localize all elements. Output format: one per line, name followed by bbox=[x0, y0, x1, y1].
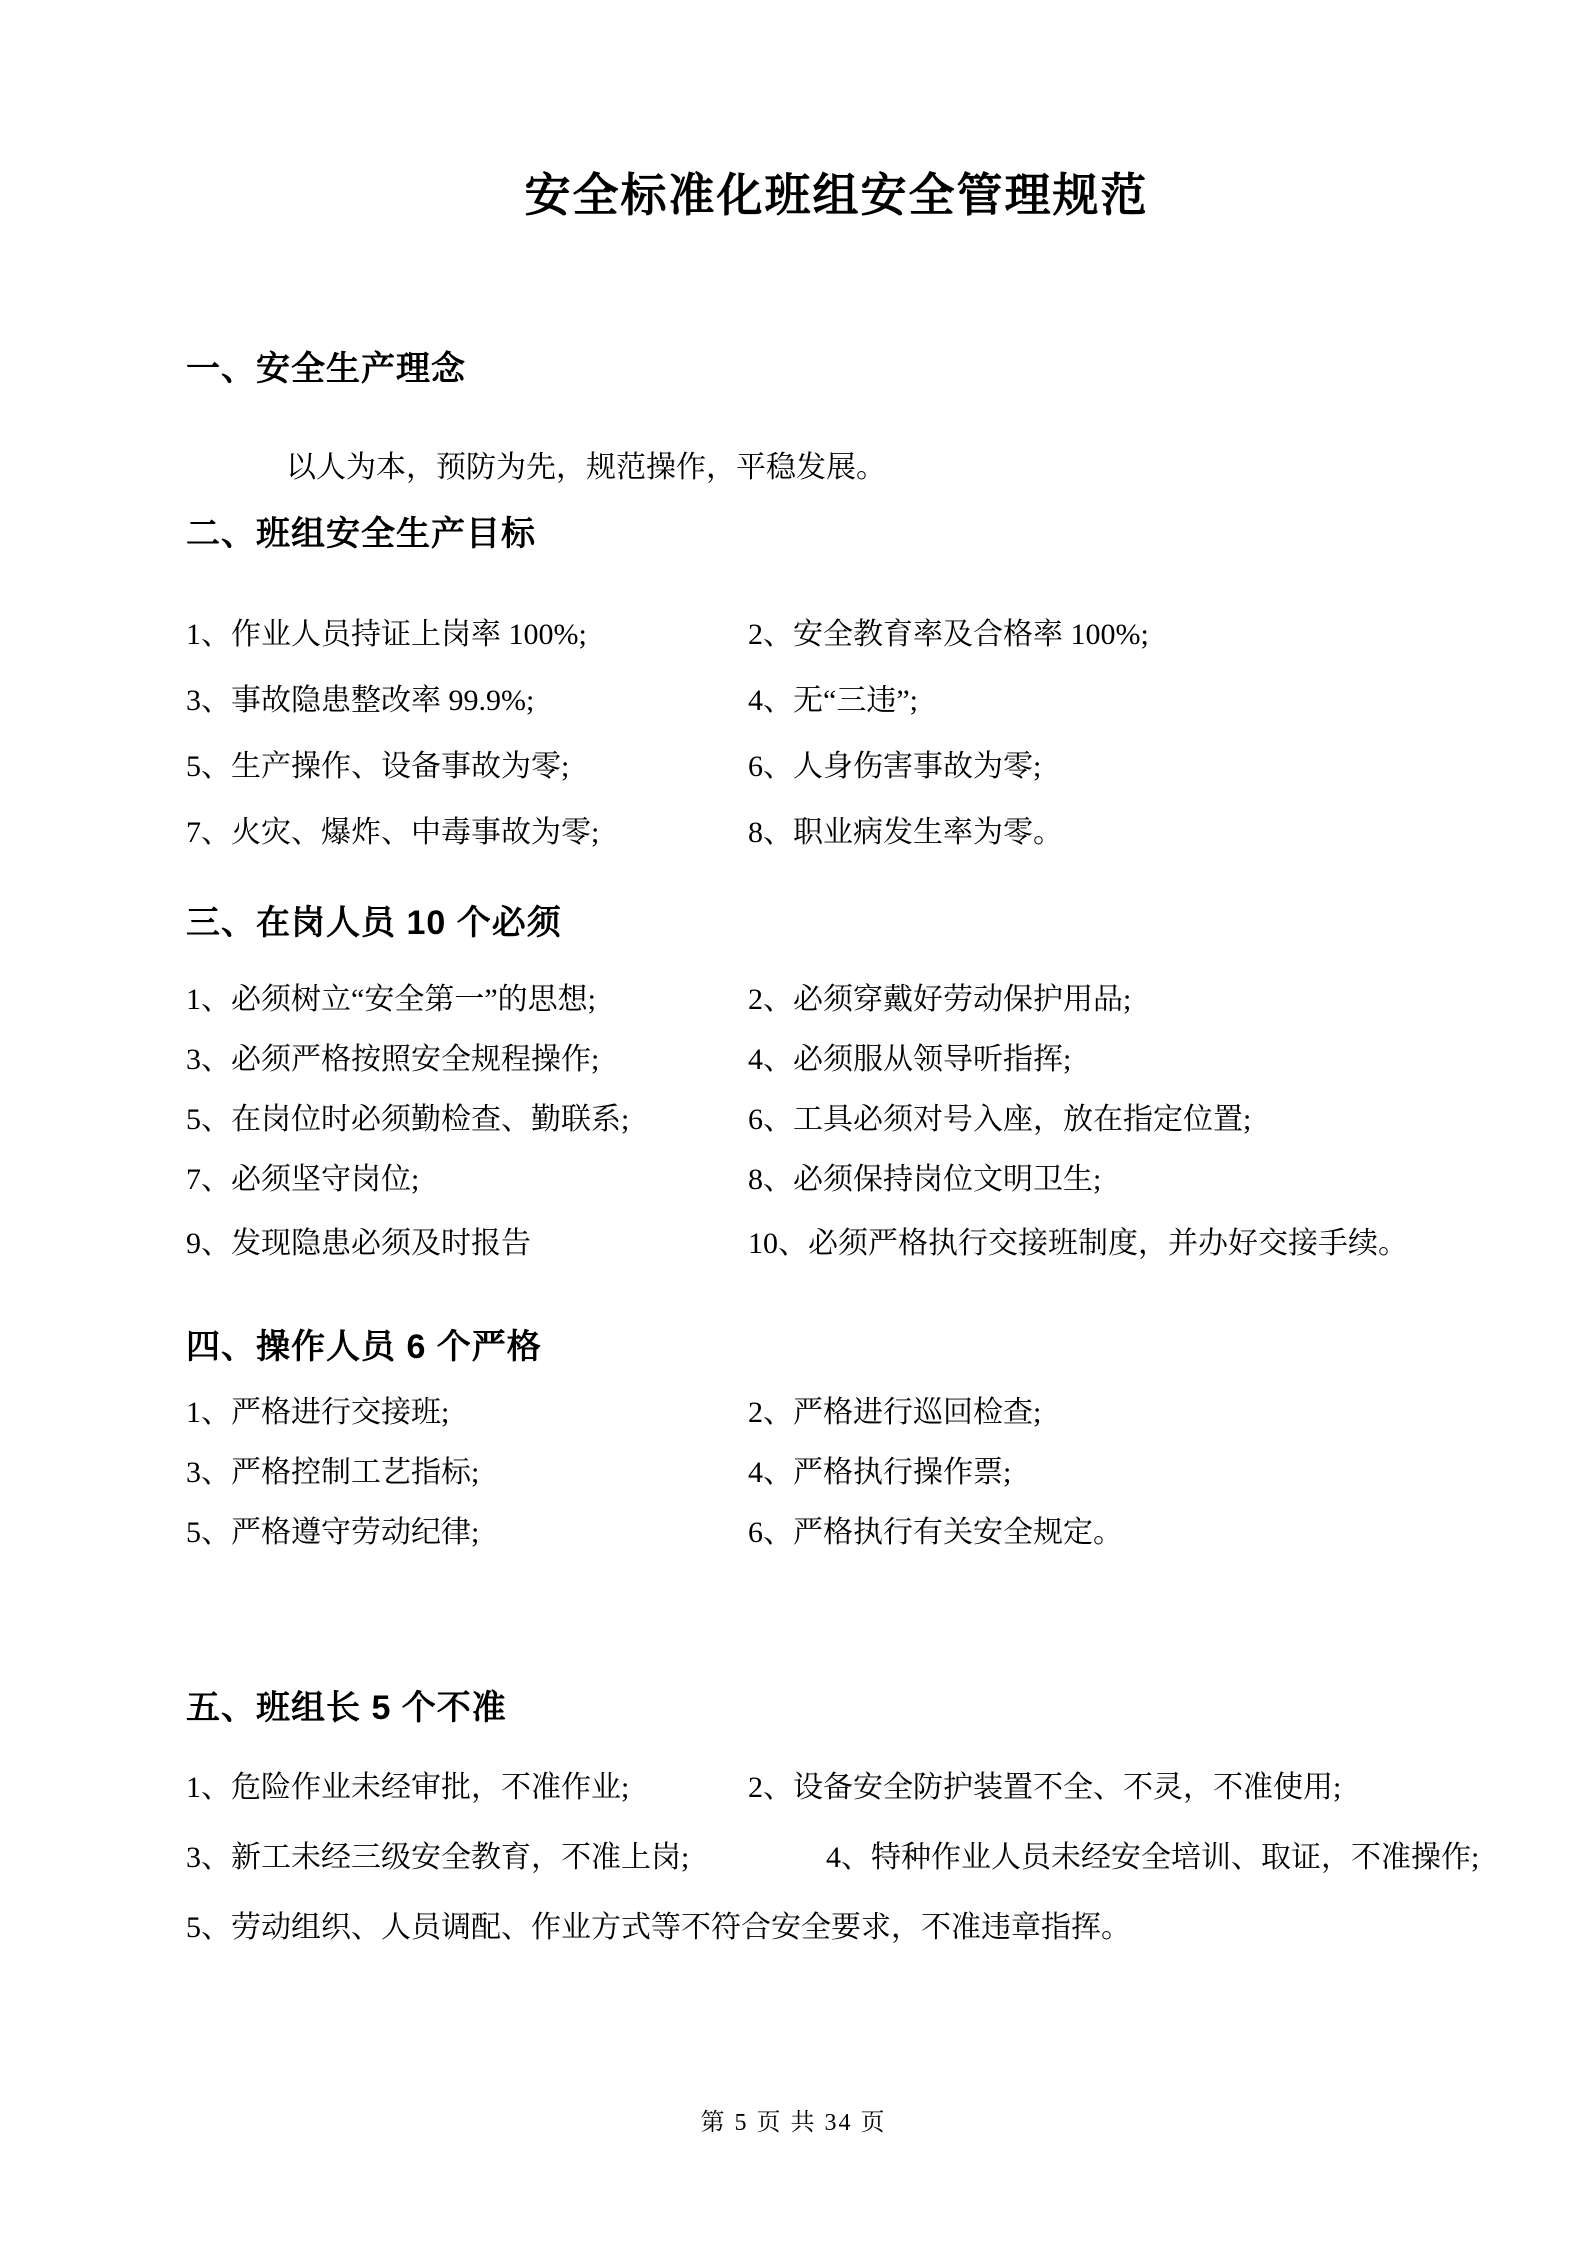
list-row: 1、必须树立“安全第一”的思想; 2、必须穿戴好劳动保护用品; bbox=[186, 982, 1487, 1018]
document-page: 安全标准化班组安全管理规范 一、安全生产理念 以人为本，预防为先，规范操作，平稳… bbox=[0, 0, 1587, 2245]
list-row: 3、必须严格按照安全规程操作; 4、必须服从领导听指挥; bbox=[186, 1042, 1487, 1078]
list-item: 9、发现隐患必须及时报告 bbox=[186, 1226, 748, 1262]
list-item: 1、危险作业未经审批，不准作业; bbox=[186, 1770, 748, 1806]
list-item: 1、作业人员持证上岗率 100%; bbox=[186, 617, 748, 653]
list-item: 6、工具必须对号入座，放在指定位置; bbox=[748, 1102, 1487, 1138]
list-row: 7、必须坚守岗位; 8、必须保持岗位文明卫生; bbox=[186, 1162, 1487, 1198]
page-footer: 第 5 页 共 34 页 bbox=[0, 2102, 1587, 2137]
list-row: 7、火灾、爆炸、中毒事故为零; 8、职业病发生率为零。 bbox=[186, 815, 1487, 851]
list-item: 8、职业病发生率为零。 bbox=[748, 815, 1487, 851]
list-item: 5、生产操作、设备事故为零; bbox=[186, 749, 748, 785]
list-row: 5、生产操作、设备事故为零; 6、人身伤害事故为零; bbox=[186, 749, 1487, 785]
list-item: 1、必须树立“安全第一”的思想; bbox=[186, 982, 748, 1018]
section-heading-5: 五、班组长 5 个不准 bbox=[186, 1687, 1487, 1730]
list-item: 6、人身伤害事故为零; bbox=[748, 749, 1487, 785]
list-item: 2、必须穿戴好劳动保护用品; bbox=[748, 982, 1487, 1018]
list-item: 5、劳动组织、人员调配、作业方式等不符合安全要求，不准违章指挥。 bbox=[186, 1910, 1487, 1946]
list-row: 9、发现隐患必须及时报告 10、必须严格执行交接班制度，并办好交接手续。 bbox=[186, 1226, 1487, 1262]
list-row: 3、新工未经三级安全教育，不准上岗; 4、特种作业人员未经安全培训、取证，不准操… bbox=[186, 1840, 1487, 1876]
list-item: 3、必须严格按照安全规程操作; bbox=[186, 1042, 748, 1078]
list-row: 5、劳动组织、人员调配、作业方式等不符合安全要求，不准违章指挥。 bbox=[186, 1910, 1487, 1946]
list-row: 1、严格进行交接班; 2、严格进行巡回检查; bbox=[186, 1395, 1487, 1431]
page-title: 安全标准化班组安全管理规范 bbox=[186, 168, 1487, 223]
list-row: 5、在岗位时必须勤检查、勤联系; 6、工具必须对号入座，放在指定位置; bbox=[186, 1102, 1487, 1138]
list-item: 6、严格执行有关安全规定。 bbox=[748, 1515, 1487, 1551]
section-1-paragraph: 以人为本，预防为先，规范操作，平稳发展。 bbox=[186, 450, 1487, 486]
list-item: 4、特种作业人员未经安全培训、取证，不准操作; bbox=[826, 1840, 1487, 1876]
section-heading-3: 三、在岗人员 10 个必须 bbox=[186, 902, 1487, 945]
list-item: 5、严格遵守劳动纪律; bbox=[186, 1515, 748, 1551]
list-row: 3、事故隐患整改率 99.9%; 4、无“三违”; bbox=[186, 683, 1487, 719]
list-item: 2、安全教育率及合格率 100%; bbox=[748, 617, 1487, 653]
section-heading-4: 四、操作人员 6 个严格 bbox=[186, 1326, 1487, 1369]
list-item: 8、必须保持岗位文明卫生; bbox=[748, 1162, 1487, 1198]
list-row: 1、危险作业未经审批，不准作业; 2、设备安全防护装置不全、不灵，不准使用; bbox=[186, 1770, 1487, 1806]
list-item: 5、在岗位时必须勤检查、勤联系; bbox=[186, 1102, 748, 1138]
list-item: 7、火灾、爆炸、中毒事故为零; bbox=[186, 815, 748, 851]
list-item: 1、严格进行交接班; bbox=[186, 1395, 748, 1431]
list-item: 7、必须坚守岗位; bbox=[186, 1162, 748, 1198]
section-heading-2: 二、班组安全生产目标 bbox=[186, 513, 1487, 556]
list-item: 4、无“三违”; bbox=[748, 683, 1487, 719]
list-item: 4、严格执行操作票; bbox=[748, 1455, 1487, 1491]
list-item: 10、必须严格执行交接班制度，并办好交接手续。 bbox=[748, 1226, 1487, 1262]
list-row: 1、作业人员持证上岗率 100%; 2、安全教育率及合格率 100%; bbox=[186, 617, 1487, 653]
list-item: 2、严格进行巡回检查; bbox=[748, 1395, 1487, 1431]
list-item: 3、事故隐患整改率 99.9%; bbox=[186, 683, 748, 719]
list-item: 3、新工未经三级安全教育，不准上岗; bbox=[186, 1840, 826, 1876]
list-item: 4、必须服从领导听指挥; bbox=[748, 1042, 1487, 1078]
section-heading-1: 一、安全生产理念 bbox=[186, 348, 1487, 391]
list-item: 2、设备安全防护装置不全、不灵，不准使用; bbox=[748, 1770, 1487, 1806]
list-row: 3、严格控制工艺指标; 4、严格执行操作票; bbox=[186, 1455, 1487, 1491]
list-item: 3、严格控制工艺指标; bbox=[186, 1455, 748, 1491]
list-row: 5、严格遵守劳动纪律; 6、严格执行有关安全规定。 bbox=[186, 1515, 1487, 1551]
